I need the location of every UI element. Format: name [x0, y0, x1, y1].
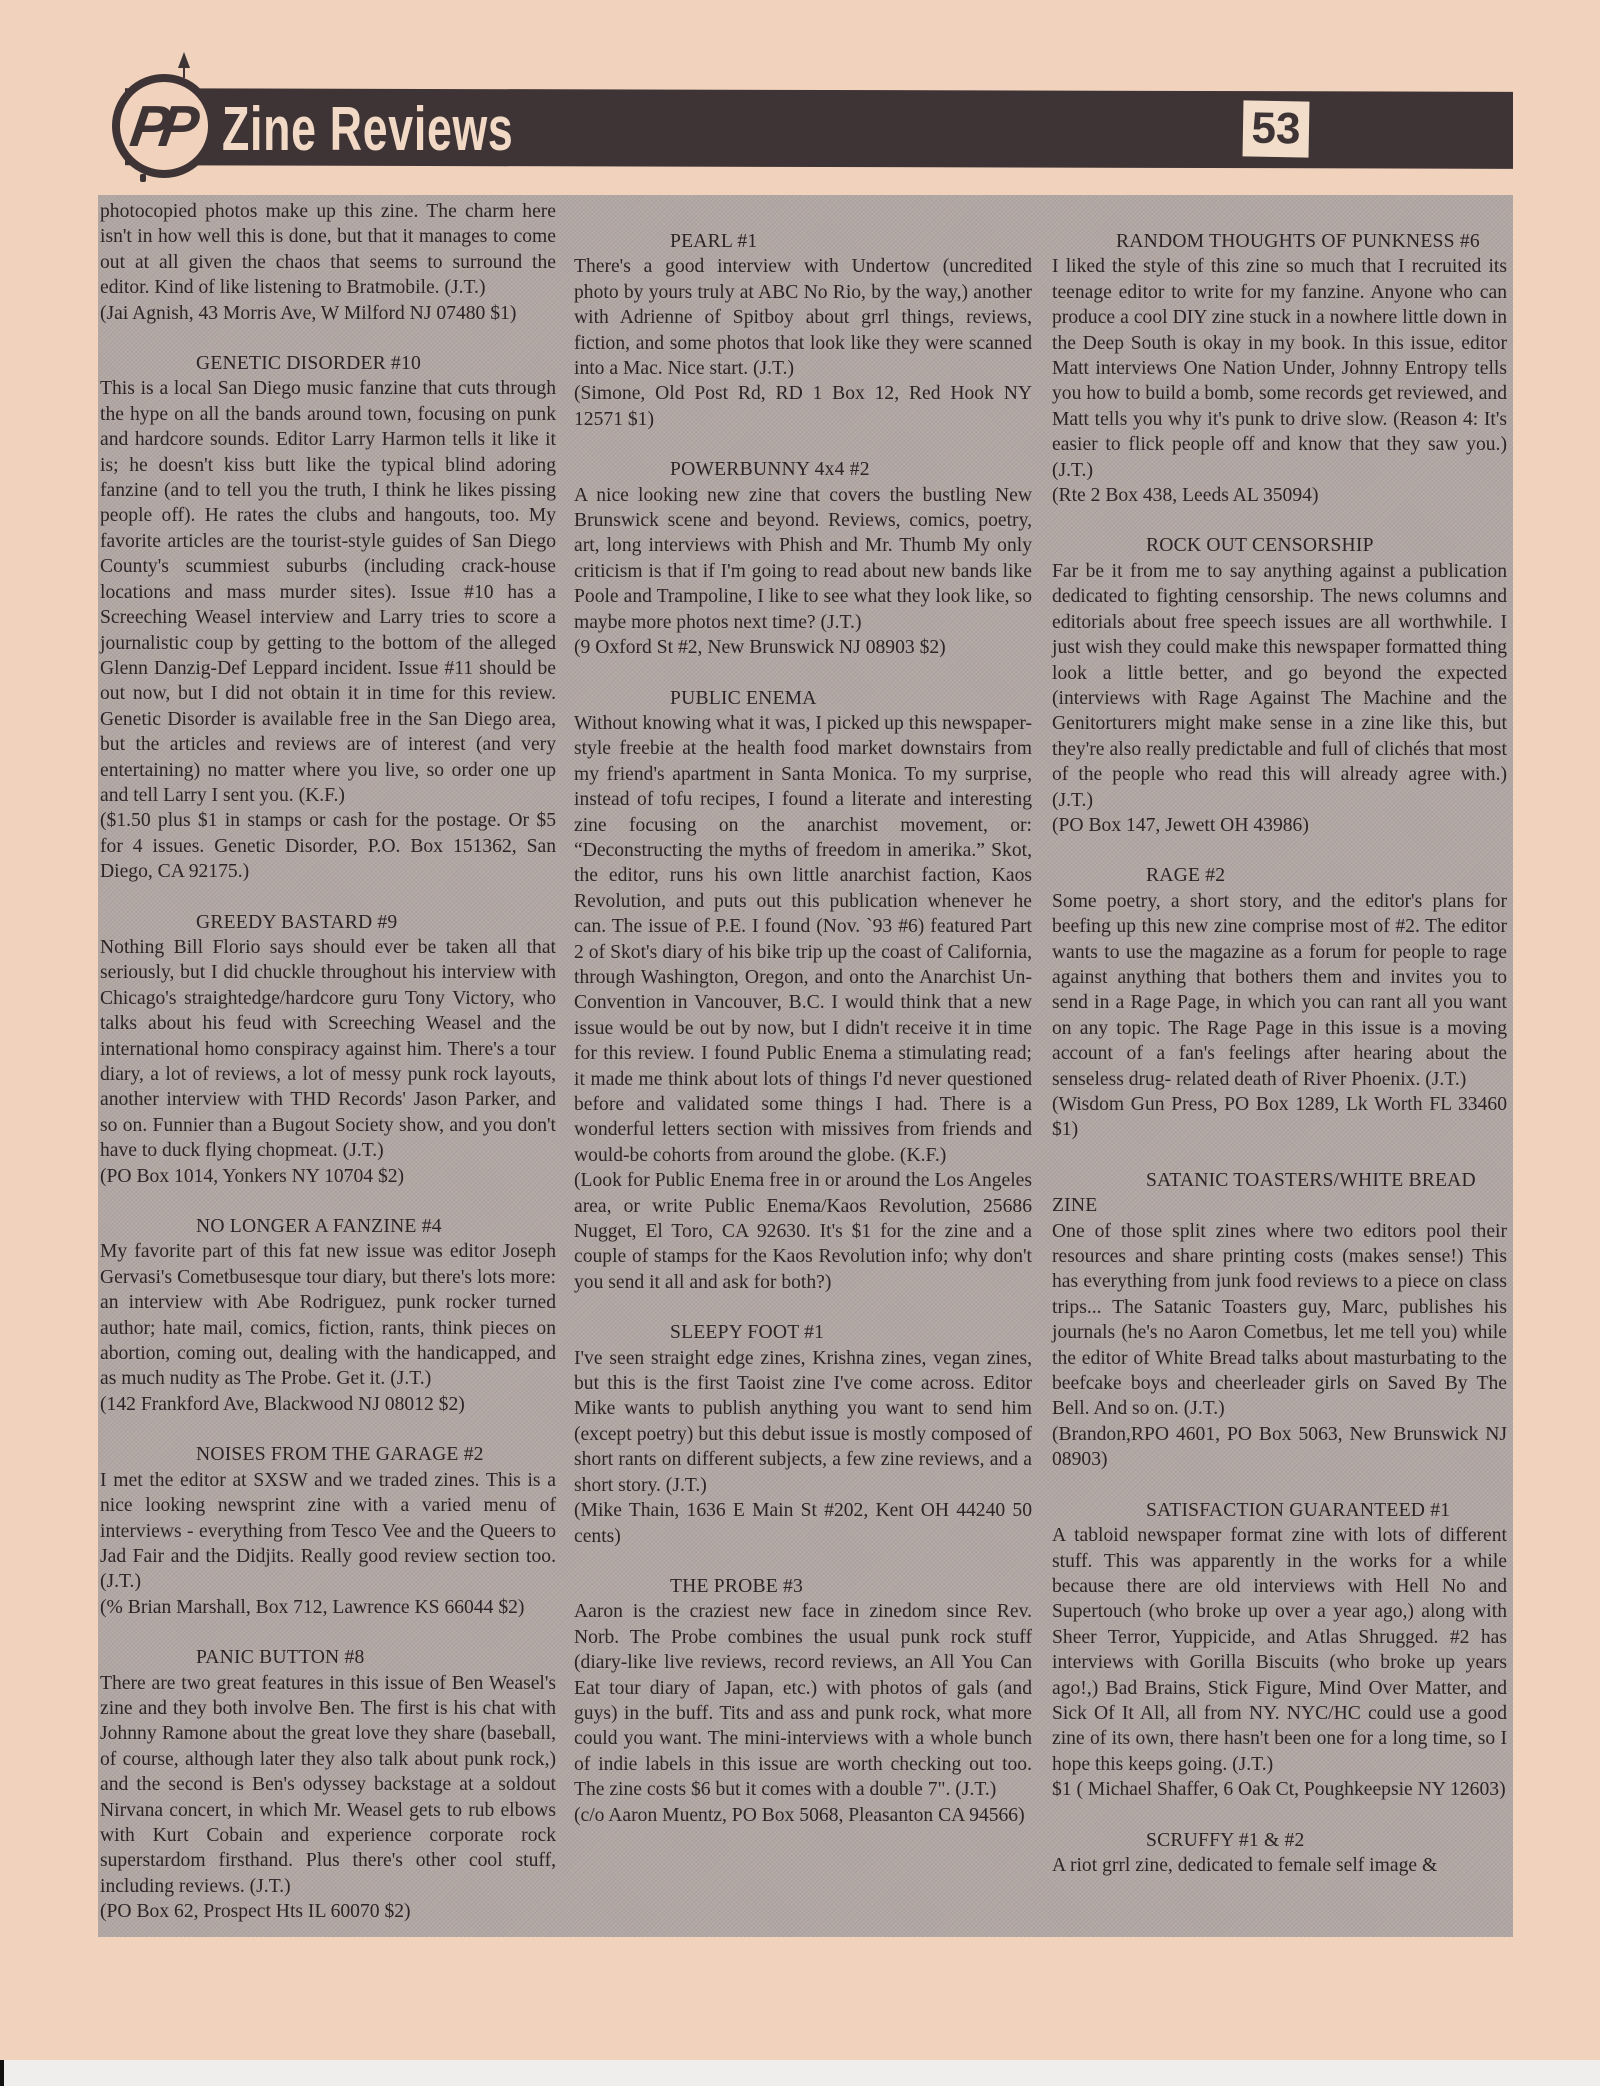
review-body: This is a local San Diego music fanzine …	[100, 376, 556, 808]
review-address: (c/o Aaron Muentz, PO Box 5068, Pleasant…	[574, 1803, 1032, 1828]
review-title: PANIC BUTTON #8	[100, 1645, 556, 1670]
review-title: SCRUFFY #1 & #2	[1052, 1828, 1507, 1853]
pp-logo-icon: PP	[112, 74, 216, 178]
review-greedy-bastard: GREEDY BASTARD #9 Nothing Bill Florio sa…	[100, 910, 556, 1189]
review-body: Aaron is the craziest new face in zinedo…	[574, 1599, 1032, 1802]
review-body: A nice looking new zine that covers the …	[574, 483, 1032, 635]
review-panic-button: PANIC BUTTON #8 There are two great feat…	[100, 1645, 556, 1924]
review-pearl: PEARL #1 There's a good interview with U…	[574, 229, 1032, 432]
review-body: Without knowing what it was, I picked up…	[574, 711, 1032, 1168]
review-title-line-2: ZINE	[1052, 1193, 1507, 1218]
logo-arrow-stem	[183, 64, 185, 78]
review-scruffy: SCRUFFY #1 & #2 A riot grrl zine, dedica…	[1052, 1828, 1507, 1879]
review-title: SATANIC TOASTERS/WHITE BREAD ZINE	[1052, 1168, 1507, 1219]
review-address: ($1.50 plus $1 in stamps or cash for the…	[100, 808, 556, 884]
review-address: (Rte 2 Box 438, Leeds AL 35094)	[1052, 483, 1507, 508]
review-address: (Jai Agnish, 43 Morris Ave, W Milford NJ…	[100, 301, 556, 326]
review-body: Some poetry, a short story, and the edit…	[1052, 889, 1507, 1092]
column-3: RANDOM THOUGHTS OF PUNKNESS #6 I liked t…	[1040, 195, 1507, 1937]
review-address: (Wisdom Gun Press, PO Box 1289, Lk Worth…	[1052, 1092, 1507, 1143]
review-title: GENETIC DISORDER #10	[100, 351, 556, 376]
review-rage: RAGE #2 Some poetry, a short story, and …	[1052, 863, 1507, 1142]
review-satisfaction-guaranteed: SATISFACTION GUARANTEED #1 A tabloid new…	[1052, 1498, 1507, 1803]
review-title: THE PROBE #3	[574, 1574, 1032, 1599]
review-title: NOISES FROM THE GARAGE #2	[100, 1442, 556, 1467]
review-address: (PO Box 147, Jewett OH 43986)	[1052, 813, 1507, 838]
review-address: (PO Box 1014, Yonkers NY 10704 $2)	[100, 1164, 556, 1189]
review-address: (142 Frankford Ave, Blackwood NJ 08012 $…	[100, 1392, 556, 1417]
review-continued: photocopied photos make up this zine. Th…	[100, 199, 556, 326]
review-powerbunny: POWERBUNNY 4x4 #2 A nice looking new zin…	[574, 457, 1032, 660]
logo-tick	[140, 174, 146, 182]
logo-text: PP	[127, 93, 194, 160]
review-title: PEARL #1	[574, 229, 1032, 254]
review-title: SLEEPY FOOT #1	[574, 1320, 1032, 1345]
column-2: PEARL #1 There's a good interview with U…	[564, 195, 1040, 1937]
review-satanic-toasters-white-bread: SATANIC TOASTERS/WHITE BREAD ZINE One of…	[1052, 1168, 1507, 1473]
review-address: (% Brian Marshall, Box 712, Lawrence KS …	[100, 1595, 556, 1620]
review-title: GREEDY BASTARD #9	[100, 910, 556, 935]
review-body: photocopied photos make up this zine. Th…	[100, 199, 556, 301]
review-body: Nothing Bill Florio says should ever be …	[100, 935, 556, 1164]
review-public-enema: PUBLIC ENEMA Without knowing what it was…	[574, 686, 1032, 1296]
review-title: NO LONGER A FANZINE #4	[100, 1214, 556, 1239]
review-title: POWERBUNNY 4x4 #2	[574, 457, 1032, 482]
magazine-page: PP Zine Reviews 53 photocopied photos ma…	[0, 0, 1600, 2060]
review-body: Far be it from me to say anything agains…	[1052, 559, 1507, 813]
review-body: A riot grrl zine, dedicated to female se…	[1052, 1853, 1507, 1878]
review-body: One of those split zines where two edito…	[1052, 1219, 1507, 1422]
review-body: I've seen straight edge zines, Krishna z…	[574, 1346, 1032, 1498]
column-1: photocopied photos make up this zine. Th…	[98, 195, 564, 1937]
review-body: I met the editor at SXSW and we traded z…	[100, 1468, 556, 1595]
review-sleepy-foot: SLEEPY FOOT #1 I've seen straight edge z…	[574, 1320, 1032, 1549]
review-body: My favorite part of this fat new issue w…	[100, 1239, 556, 1391]
review-genetic-disorder: GENETIC DISORDER #10 This is a local San…	[100, 351, 556, 885]
review-rock-out-censorship: ROCK OUT CENSORSHIP Far be it from me to…	[1052, 533, 1507, 838]
review-body: A tabloid newspaper format zine with lot…	[1052, 1523, 1507, 1777]
review-address: (PO Box 62, Prospect Hts IL 60070 $2)	[100, 1899, 556, 1924]
reviews-panel: photocopied photos make up this zine. Th…	[98, 195, 1513, 1937]
review-no-longer-a-fanzine: NO LONGER A FANZINE #4 My favorite part …	[100, 1214, 556, 1417]
review-title: PUBLIC ENEMA	[574, 686, 1032, 711]
review-address: (Brandon,RPO 4601, PO Box 5063, New Brun…	[1052, 1422, 1507, 1473]
review-title: RAGE #2	[1052, 863, 1507, 888]
review-body: There's a good interview with Undertow (…	[574, 254, 1032, 381]
scan-edge	[0, 2060, 1600, 2086]
review-title-line-1: SATANIC TOASTERS/WHITE BREAD	[1052, 1168, 1507, 1193]
page-number: 53	[1243, 100, 1310, 157]
review-address: (Simone, Old Post Rd, RD 1 Box 12, Red H…	[574, 381, 1032, 432]
review-title: ROCK OUT CENSORSHIP	[1052, 533, 1507, 558]
review-address: (9 Oxford St #2, New Brunswick NJ 08903 …	[574, 635, 1032, 660]
review-title: SATISFACTION GUARANTEED #1	[1052, 1498, 1507, 1523]
section-title: Zine Reviews	[222, 92, 513, 168]
review-random-thoughts-of-punkness: RANDOM THOUGHTS OF PUNKNESS #6 I liked t…	[1052, 229, 1507, 508]
review-address: (Look for Public Enema free in or around…	[574, 1168, 1032, 1295]
review-noises-from-the-garage: NOISES FROM THE GARAGE #2 I met the edit…	[100, 1442, 556, 1620]
review-the-probe: THE PROBE #3 Aaron is the craziest new f…	[574, 1574, 1032, 1828]
review-body: There are two great features in this iss…	[100, 1671, 556, 1900]
review-body: I liked the style of this zine so much t…	[1052, 254, 1507, 483]
review-address: (Mike Thain, 1636 E Main St #202, Kent O…	[574, 1498, 1032, 1549]
review-address: $1 ( Michael Shaffer, 6 Oak Ct, Poughkee…	[1052, 1777, 1507, 1802]
review-title: RANDOM THOUGHTS OF PUNKNESS #6	[1052, 229, 1507, 254]
